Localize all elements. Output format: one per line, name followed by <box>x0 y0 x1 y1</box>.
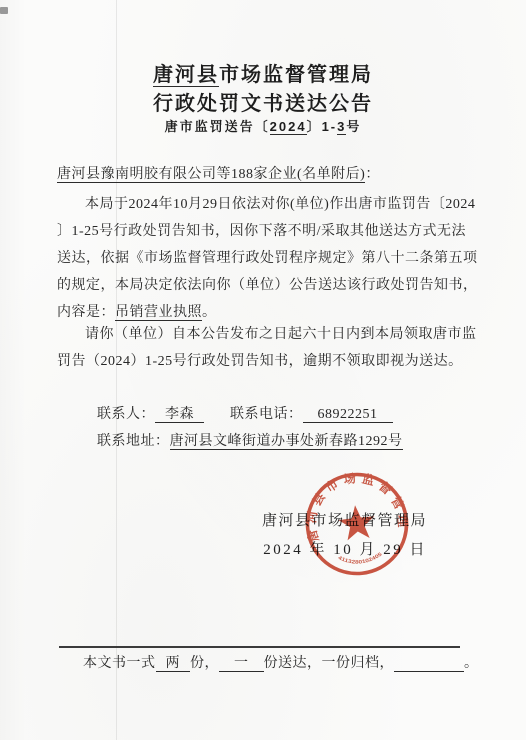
title-org-underlined: 唐河县 <box>153 64 219 87</box>
penalty-content-period: 。 <box>202 305 217 320</box>
addressee-line: 唐河县豫南明胶有限公司等188家企业(名单附后)： <box>57 163 380 183</box>
document-title-line2: 行政处罚文书送达公告 <box>0 87 526 116</box>
docno-mid: 〕1- <box>307 119 338 134</box>
footer-copies-unit: 份， <box>190 656 219 671</box>
seal-star-icon <box>337 503 376 541</box>
docno-suffix: 号 <box>346 119 361 134</box>
contact-address-value: 唐河县文峰街道办事处新春路1292号 <box>170 434 403 450</box>
footer-delivered-value: 一 <box>219 656 264 672</box>
footer-blank-underline <box>394 657 464 672</box>
contact-phone-value: 68922251 <box>303 407 393 423</box>
docno-prefix: 唐市监罚送告〔 <box>165 119 270 134</box>
footer-line: 本文书一式两份，一份送达，一份归档，。 <box>83 652 479 672</box>
footer-archive-text: 份送达，一份归档， <box>264 656 395 671</box>
docno-num: 3 <box>337 119 346 135</box>
scanned-document-page: 唐河县市场监督管理局 行政处罚文书送达公告 唐市监罚送告〔2024〕1-3号 唐… <box>0 0 526 740</box>
contact-line: 联系人：李森联系电话：68922251 <box>97 403 393 423</box>
contact-address-label: 联系地址： <box>97 434 170 449</box>
penalty-content-value: 吊销营业执照 <box>115 305 202 321</box>
title-org-rest: 市场监督管理局 <box>219 64 373 86</box>
contact-person-value: 李森 <box>155 407 204 423</box>
seal-code: 4113280102405 <box>336 551 384 568</box>
svg-text:4113280102405: 4113280102405 <box>336 551 384 568</box>
footer-period: 。 <box>464 656 479 671</box>
footer-copies-label: 本文书一式 <box>83 656 156 671</box>
official-seal: 唐河县市场监督管理局 4113280102405 <box>297 463 416 586</box>
contact-person-label: 联系人： <box>97 407 155 422</box>
body-p2-line1: 请你（单位）自本公告发布之日起六十日内到本局领取唐市监 <box>85 323 477 343</box>
document-number: 唐市监罚送告〔2024〕1-3号 <box>0 116 526 135</box>
body-p1-line3: 送达，依据《市场监督管理行政处罚程序规定》第八十二条第五项 <box>57 247 478 267</box>
body-p1-line2: 〕1-25号行政处罚告知书，因你下落不明/采取其他送达方式无法 <box>57 220 466 240</box>
body-p1-line1: 本局于2024年10月29日依法对你(单位)作出唐市监罚告〔2024 <box>85 193 475 213</box>
document-title-line1: 唐河县市场监督管理局 <box>0 58 526 87</box>
contact-phone-label: 联系电话： <box>230 407 303 422</box>
body-p1-line5: 内容是：吊销营业执照。 <box>57 301 217 321</box>
docno-year: 2024 <box>270 119 307 135</box>
penalty-content-label: 内容是： <box>57 305 115 320</box>
footer-rule <box>59 646 460 648</box>
footer-copies-value: 两 <box>156 656 191 672</box>
scan-corner-artifact <box>0 7 8 14</box>
addressee-name: 唐河县豫南明胶有限公司等188家企业(名单附后) <box>57 167 365 183</box>
address-line: 联系地址：唐河县文峰街道办事处新春路1292号 <box>97 430 403 450</box>
body-p1-line4: 的规定，本局决定依法向你（单位）公告送达该行政处罚告知书， <box>57 274 478 294</box>
body-p2-line2: 罚告（2024）1-25号行政处罚告知书，逾期不领取即视为送达。 <box>57 350 463 370</box>
addressee-colon: ： <box>365 167 380 182</box>
